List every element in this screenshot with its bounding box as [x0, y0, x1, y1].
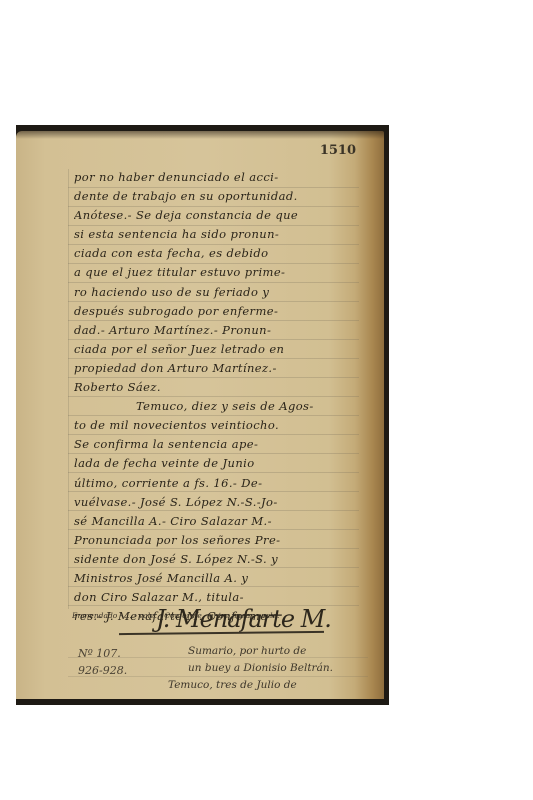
- ledger-page: 1510 por no haber denunciado el acci- de…: [16, 131, 384, 699]
- case-summary: Sumario, por hurto de un buey a Dionisio…: [188, 643, 333, 694]
- case-number: Nº 107.: [78, 645, 127, 662]
- text-line: por no haber denunciado el acci-: [74, 168, 364, 187]
- text-line: a que el juez titular estuvo prime-: [74, 263, 364, 282]
- summary-line: Temuco, tres de Julio de: [168, 677, 333, 694]
- text-line: si esta sentencia ha sido pronun-: [74, 225, 364, 244]
- folio-range: 926-928.: [78, 662, 127, 679]
- text-line: Roberto Sáez.: [74, 378, 364, 397]
- text-line: sidente don José S. López N.-S. y: [74, 550, 364, 569]
- text-line: vuélvase.- José S. López N.-S.-Jo-: [74, 493, 364, 512]
- ledger-photograph: 1510 por no haber denunciado el acci- de…: [16, 125, 389, 705]
- text-line: to de mil novecientos veintiocho.: [74, 416, 364, 435]
- text-line: sé Mancilla A.- Ciro Salazar M.-: [74, 512, 364, 531]
- signature: J. Menafarte M.: [156, 605, 331, 633]
- text-line: después subrogado por enferme-: [74, 302, 364, 321]
- handwritten-text: por no haber denunciado el acci- dente d…: [74, 168, 364, 626]
- text-line: propiedad don Arturo Martínez.-: [74, 359, 364, 378]
- text-line: dad.- Arturo Martínez.- Pronun-: [74, 321, 364, 340]
- summary-line: un buey a Dionisio Beltrán.: [188, 660, 333, 677]
- text-line: dente de trabajo en su oportunidad.: [74, 187, 364, 206]
- text-line: ciada por el señor Juez letrado en: [74, 340, 364, 359]
- text-line: ro haciendo uso de su feriado y: [74, 283, 364, 302]
- text-line: lada de fecha veinte de Junio: [74, 454, 364, 473]
- signature-underline: [119, 631, 324, 635]
- text-line: Pronunciada por los señores Pre-: [74, 531, 364, 550]
- text-line: Anótese.- Se deja constancia de que: [74, 206, 364, 225]
- text-line: Temuco, diez y seis de Agos-: [74, 397, 364, 416]
- text-line: Se confirma la sentencia ape-: [74, 435, 364, 454]
- margin-notes: Nº 107. 926-928.: [78, 645, 127, 679]
- text-line: ciada con esta fecha, es debido: [74, 244, 364, 263]
- text-line: Ministros José Mancilla A. y: [74, 569, 364, 588]
- summary-line: Sumario, por hurto de: [188, 643, 333, 660]
- page-number: 1510: [320, 143, 356, 158]
- text-line: último, corriente a fs. 16.- De-: [74, 474, 364, 493]
